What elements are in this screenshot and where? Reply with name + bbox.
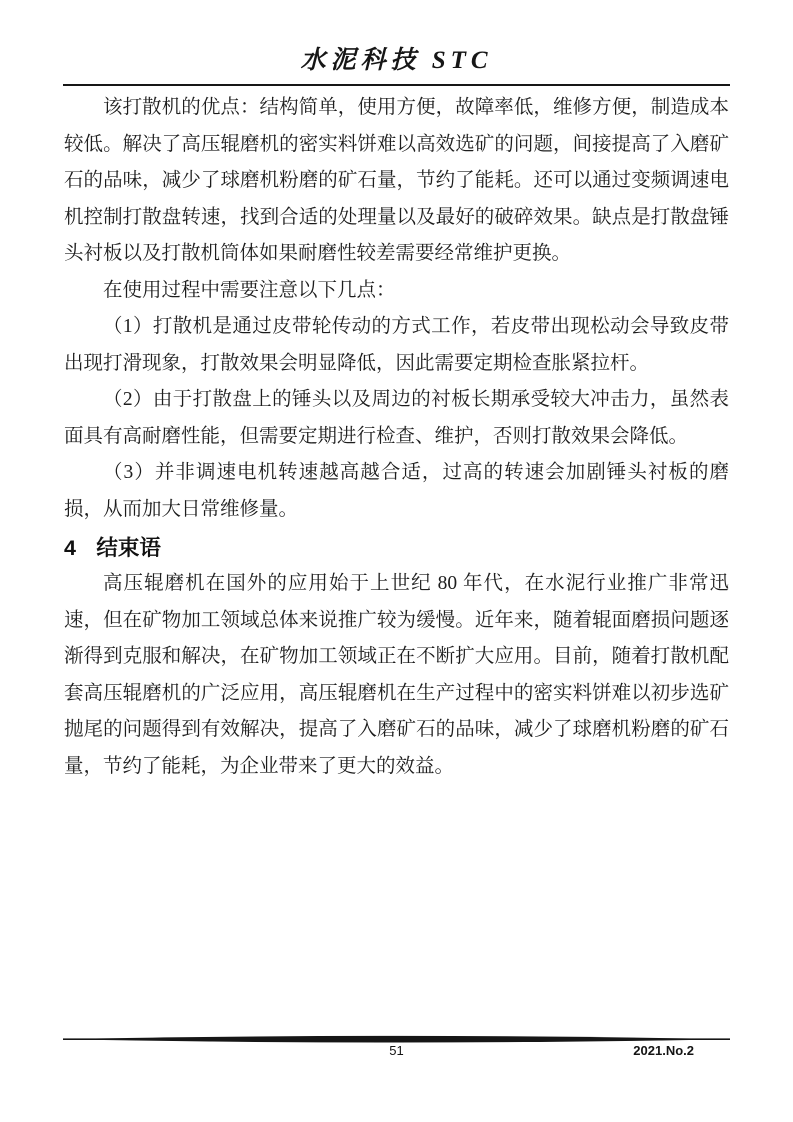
page-number: 51 <box>63 1043 730 1058</box>
paragraph-notes-intro: 在使用过程中需要注意以下几点： <box>64 273 729 310</box>
paragraph-note-2: （2）由于打散盘上的锤头以及周边的衬板长期承受较大冲击力，虽然表面具有高耐磨性能… <box>64 382 729 455</box>
section-heading: 4 结束语 <box>64 532 729 564</box>
paragraph-conclusion: 高压辊磨机在国外的应用始于上世纪 80 年代，在水泥行业推广非常迅速，但在矿物加… <box>64 566 729 785</box>
header-rule <box>63 84 730 86</box>
paragraph-note-3: （3）并非调速电机转速越高越合适，过高的转速会加剧锤头衬板的磨损，从而加大日常维… <box>64 455 729 528</box>
section-title: 结束语 <box>96 532 161 564</box>
article-body: 该打散机的优点：结构简单，使用方便，故障率低，维修方便，制造成本较低。解决了高压… <box>64 90 729 785</box>
paragraph-note-1: （1）打散机是通过皮带轮传动的方式工作，若皮带出现松动会导致皮带出现打滑现象，打… <box>64 309 729 382</box>
journal-page: 水泥科技 STC 该打散机的优点：结构简单，使用方便，故障率低，维修方便，制造成… <box>0 0 793 1122</box>
footer: 51 2021.No.2 <box>63 1043 730 1063</box>
section-number: 4 <box>64 532 76 564</box>
issue-number: 2021.No.2 <box>633 1043 694 1058</box>
paragraph-advantages: 该打散机的优点：结构简单，使用方便，故障率低，维修方便，制造成本较低。解决了高压… <box>64 90 729 273</box>
journal-title: 水泥科技 STC <box>0 40 793 76</box>
